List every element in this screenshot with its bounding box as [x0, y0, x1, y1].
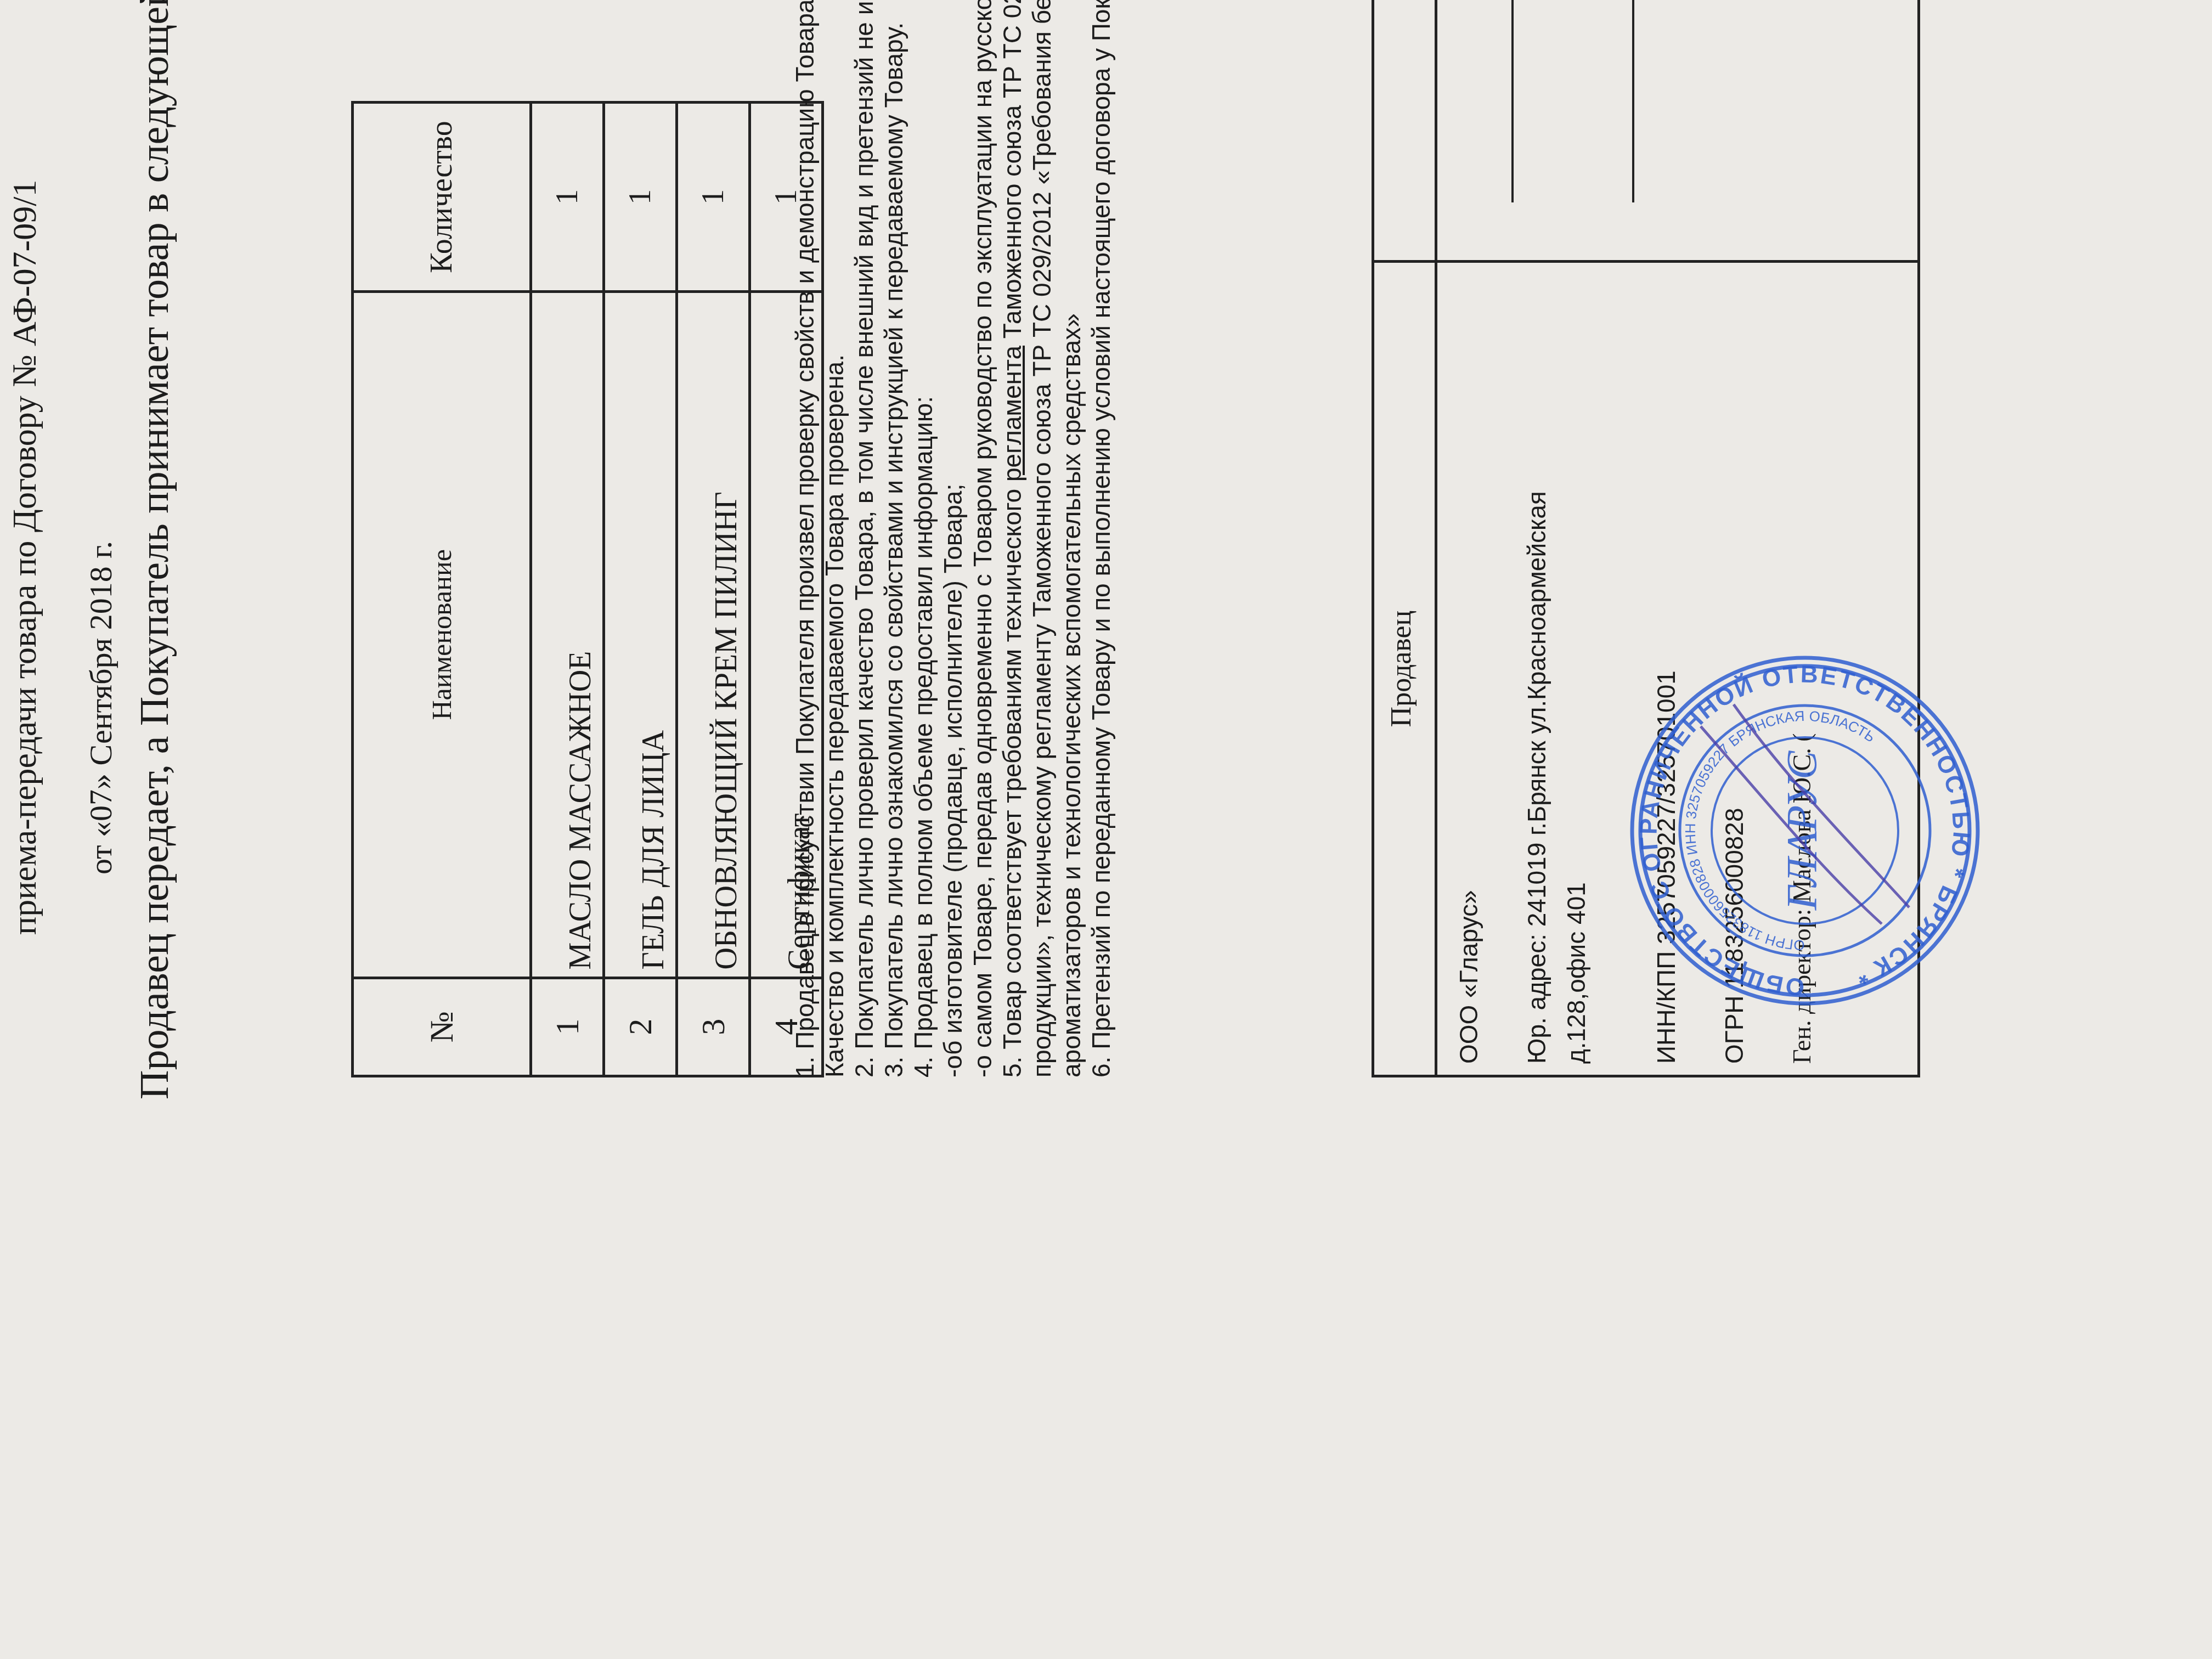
- document-sheet: приема-передачи товара по Договору № АФ-…: [0, 0, 2212, 1659]
- term-4a: -об изготовителе (продавце, исполнителе)…: [938, 0, 968, 1077]
- term-4: 4. Продавец в полном объеме предоставил …: [909, 0, 938, 1077]
- table-row: 2 ГЕЛЬ ДЛЯ ЛИЦА 1: [604, 103, 677, 1076]
- company-stamp: ОБЩЕСТВО С ОГРАНИЧЕННОЙ ОТВЕТСТВЕННОСТЬЮ…: [1624, 650, 1986, 1012]
- header-qty: Количество: [353, 103, 531, 292]
- document-title: приема-передачи товара по Договору № АФ-…: [5, 180, 44, 935]
- buyer-signature-caption: Подпись: [1639, 0, 1667, 202]
- column-divider: [1374, 260, 1917, 263]
- seller-header: Продавец: [1385, 263, 1418, 1075]
- row-qty: 1: [531, 103, 604, 292]
- row-name: МАСЛО МАССАЖНОЕ: [531, 292, 604, 978]
- document-date: от «07» Сентября 2018 г.: [82, 541, 119, 874]
- term-4b: -о самом Товаре, передав одновременно с …: [968, 0, 997, 1077]
- row-qty: 1: [677, 103, 750, 292]
- intro-text: Продавец передает, а Покупатель принимае…: [132, 0, 178, 1099]
- seller-address: Юр. адрес: 241019 г.Брянск ул.Красноарме…: [1519, 274, 1554, 1064]
- buyer-fio-caption: ФИО: [1518, 0, 1546, 202]
- header-num: №: [353, 978, 531, 1076]
- signature-header-row: Продавец Покупатель: [1374, 0, 1437, 1075]
- term-5: 5. Товар соответствует требованиям техни…: [997, 0, 1086, 1077]
- term-3: 3. Покупатель лично ознакомился со свойс…: [879, 0, 909, 1077]
- buyer-signature-line: [1632, 0, 1634, 202]
- buyer-header: Покупатель: [1385, 0, 1418, 263]
- term-6: 6. Претензий по переданному Товару и по …: [1086, 0, 1116, 1077]
- table-row: 1 МАСЛО МАССАЖНОЕ 1: [531, 103, 604, 1076]
- terms-list: 1. Продавец в присутствии Покупателя про…: [790, 0, 1116, 1077]
- row-num: 3: [677, 978, 750, 1076]
- goods-table: № Наименование Количество 1 МАСЛО МАССАЖ…: [351, 101, 824, 1077]
- row-num: 1: [531, 978, 604, 1076]
- goods-table-header: № Наименование Количество: [353, 103, 531, 1076]
- buyer-fio-line: [1511, 0, 1514, 202]
- term-5-text: 5. Товар соответствует требованиям техни…: [998, 482, 1026, 1077]
- header-name: Наименование: [353, 292, 531, 978]
- row-num: 2: [604, 978, 677, 1076]
- term-5-underlined: регламента: [998, 346, 1026, 482]
- term-1: 1. Продавец в присутствии Покупателя про…: [790, 0, 849, 1077]
- row-qty: 1: [604, 103, 677, 292]
- seller-address-line2: д.128,офис 401: [1559, 274, 1594, 1064]
- table-row: 3 ОБНОВЛЯЮЩИЙ КРЕМ ПИЛИНГ 1: [677, 103, 750, 1076]
- stamp-center-text: ГЛАРУС: [1778, 751, 1825, 911]
- term-2: 2. Покупатель лично проверил качество То…: [849, 0, 879, 1077]
- row-name: ГЕЛЬ ДЛЯ ЛИЦА: [604, 292, 677, 978]
- row-name: ОБНОВЛЯЮЩИЙ КРЕМ ПИЛИНГ: [677, 292, 750, 978]
- seller-company: ООО «Гларус»: [1451, 274, 1486, 1064]
